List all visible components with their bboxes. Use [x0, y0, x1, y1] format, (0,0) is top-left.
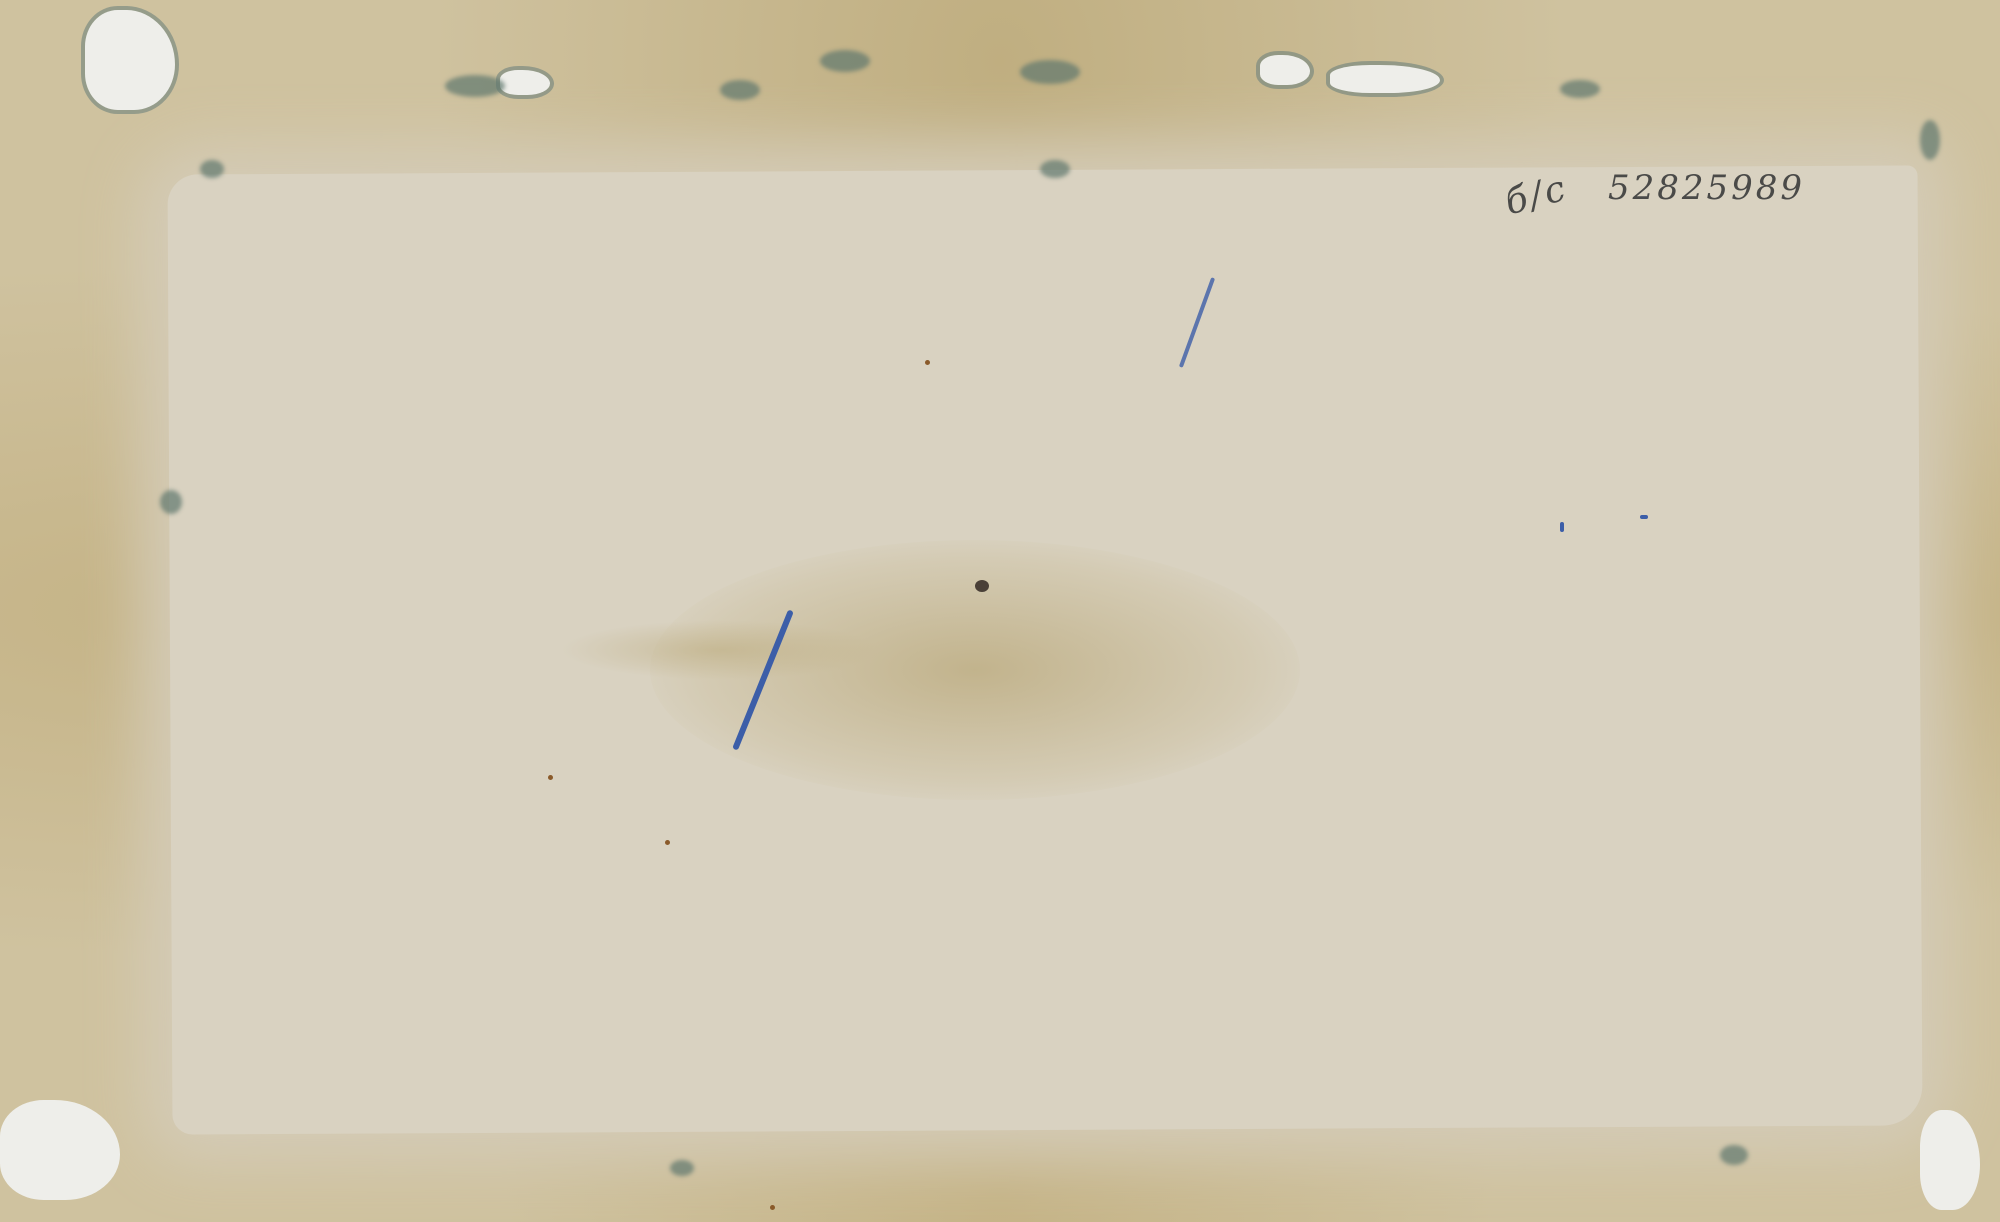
mold-spot [1020, 60, 1080, 84]
speck [548, 775, 553, 780]
speck [770, 1205, 775, 1210]
mold-spot [670, 1160, 694, 1176]
mold-spot [1920, 120, 1940, 160]
cardboard-back: б/с 52825989 [0, 0, 2000, 1222]
mold-spot [1560, 80, 1600, 98]
mold-spot [1040, 160, 1070, 178]
ink-mark [1560, 522, 1564, 532]
mold-spot [720, 80, 760, 100]
ink-mark [1640, 515, 1648, 519]
mold-spot [160, 490, 182, 514]
peeled-flake [1330, 65, 1440, 93]
mold-spot [1720, 1145, 1748, 1165]
mold-spot [200, 160, 224, 178]
peeled-flake [500, 70, 550, 95]
speck [975, 580, 989, 592]
water-stain-streak [560, 620, 880, 680]
mold-spot [445, 75, 505, 97]
mold-spot [820, 50, 870, 72]
speck [665, 840, 670, 845]
speck [925, 360, 930, 365]
handwritten-number: 52825989 [1608, 168, 1805, 208]
peeled-flake [1260, 55, 1310, 85]
